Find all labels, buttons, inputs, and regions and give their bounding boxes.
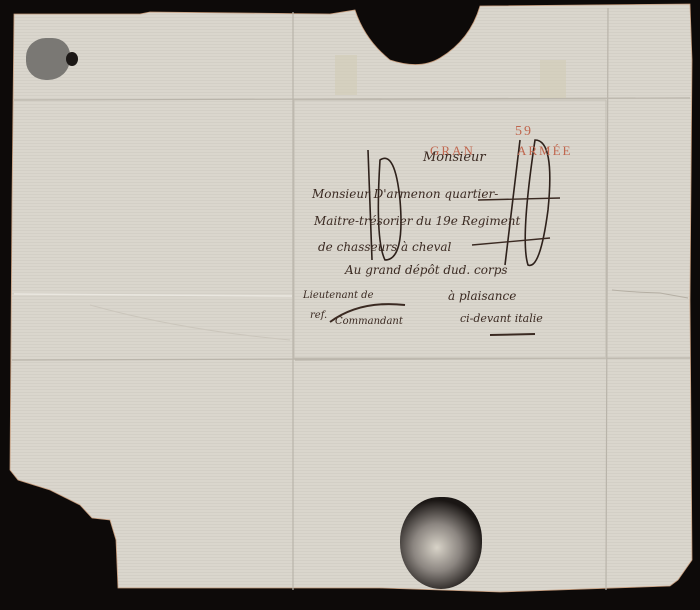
wax-seal-top-left-dot xyxy=(66,52,78,66)
letter-sheet: 59 GRAN ARMÉE Monsieur Monsieur D'armeno… xyxy=(0,0,700,610)
sender-note-line-2: ref. xyxy=(310,310,327,321)
black-wax-seal xyxy=(400,497,482,589)
address-line-1: Monsieur D'armenon quartier- xyxy=(312,187,498,201)
address-line-4: Au grand dépôt dud. corps xyxy=(345,263,508,277)
address-line-5: à plaisance xyxy=(448,289,516,303)
address-line-3: de chasseurs à cheval xyxy=(318,240,451,254)
postmark-number: 59 xyxy=(515,124,533,140)
address-line-2: Maitre-trésorier du 19e Regiment xyxy=(314,214,520,228)
salutation: Monsieur xyxy=(423,150,486,165)
paper-shape xyxy=(0,0,700,610)
wax-seal-top-left xyxy=(26,38,70,80)
sender-note-line-3: Commandant xyxy=(335,316,403,327)
address-line-6: ci-devant italie xyxy=(460,312,543,325)
postmark-right: ARMÉE xyxy=(517,143,573,159)
sender-note-line-1: Lieutenant de xyxy=(303,290,374,301)
